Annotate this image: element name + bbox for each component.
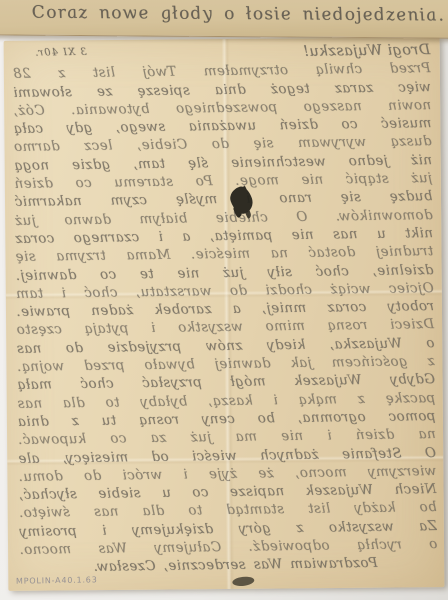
- handwriting-block: Drogi Wujaszku! 3 XI 40r. Przed chwilą o…: [12, 41, 437, 577]
- ink-smudge: [232, 576, 255, 587]
- letter-closing-line: Pozdrawiam Was serdecznie, Czesław.: [49, 554, 377, 577]
- letter-salutation: Drogi Wujaszku!: [303, 41, 431, 61]
- archive-label: MPOLIN-A40.1.63: [16, 575, 98, 585]
- letter-body: Przed chwilą otrzymałem Twój list z 28wi…: [13, 59, 438, 559]
- strip-handwriting-line: Coraz nowe głody o łosie niedojedzenia.: [30, 3, 447, 26]
- paper-strip: i tak płyną nasze smutne dni jeden za dr…: [0, 0, 448, 39]
- strip-handwriting-partial-line: i tak płyną nasze smutne dni jeden za dr…: [62, 0, 448, 2]
- letter-date: 3 XI 40r.: [34, 44, 87, 63]
- letter-page: Drogi Wujaszku! 3 XI 40r. Przed chwilą o…: [4, 37, 445, 591]
